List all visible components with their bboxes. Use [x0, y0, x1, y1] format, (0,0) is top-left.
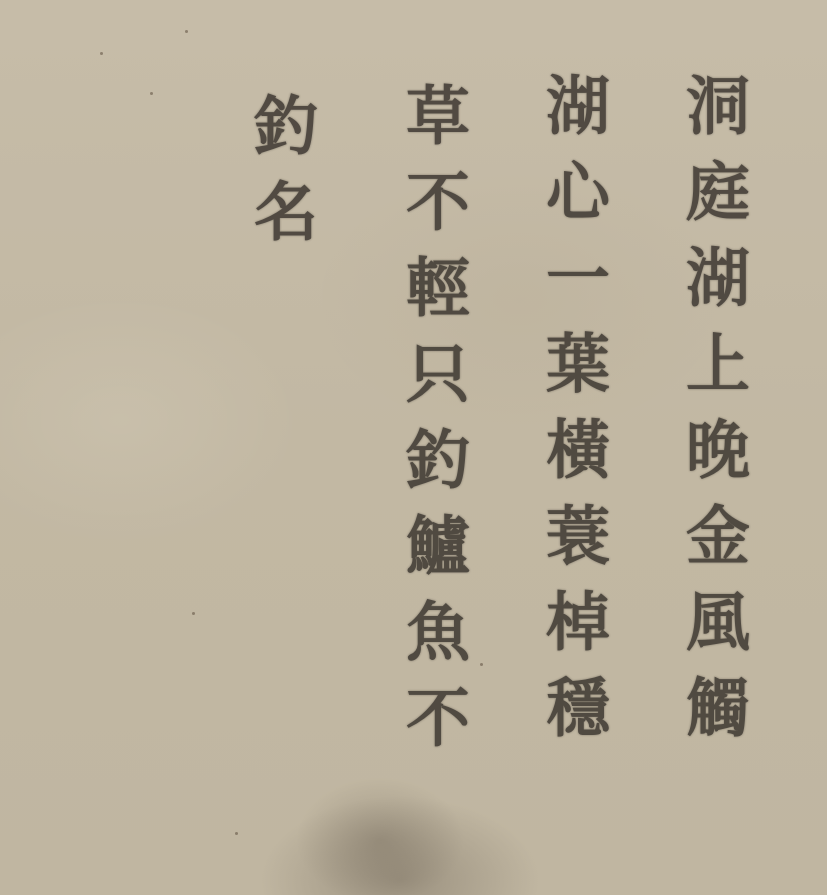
paper-speck: [480, 663, 483, 666]
calligraphy-column-1: 洞庭湖上晚金風觸: [680, 72, 744, 760]
calligraphy-column-4: 釣名: [248, 92, 312, 264]
paper-speck: [150, 92, 153, 95]
paper-speck: [185, 30, 188, 33]
paper-speck: [235, 832, 238, 835]
paper-speck: [100, 52, 103, 55]
paper-speck: [192, 612, 195, 615]
calligraphy-column-2: 湖心一葉橫蓑棹穩: [540, 72, 604, 760]
calligraphy-column-3: 草不輕只釣鱸魚不: [400, 82, 464, 770]
faded-seal-impression: [330, 790, 480, 895]
